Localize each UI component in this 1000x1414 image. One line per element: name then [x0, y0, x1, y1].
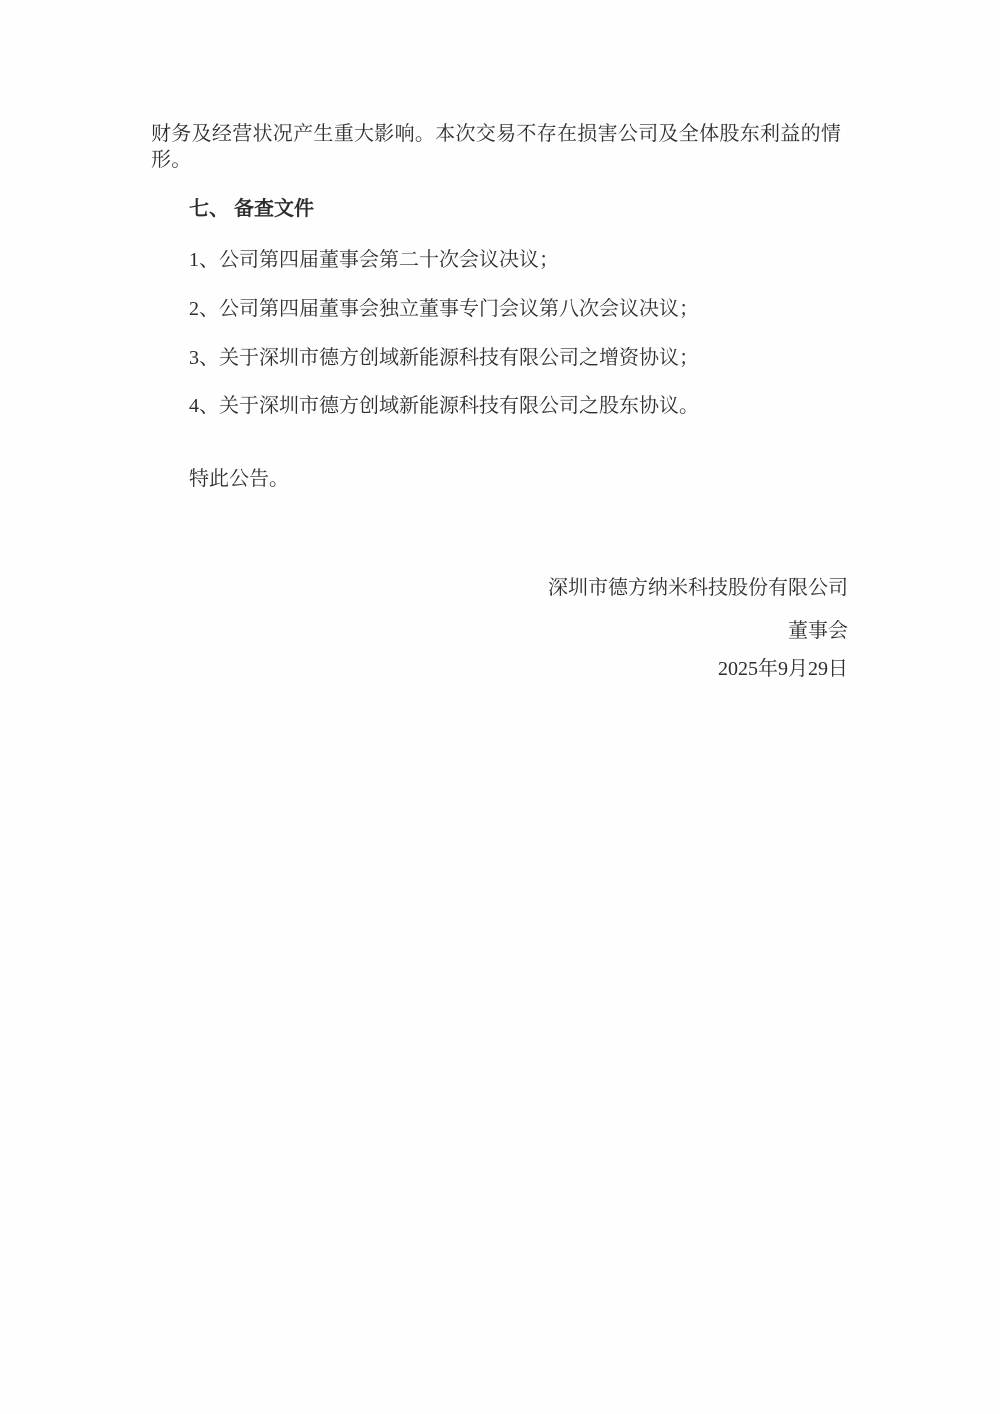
list-item-2: 2、公司第四届董事会独立董事专门会议第八次会议决议；: [151, 296, 863, 322]
list-item-1: 1、公司第四届董事会第二十次会议决议；: [151, 247, 863, 273]
closing-statement: 特此公告。: [151, 466, 863, 492]
signature-issuer: 董事会: [151, 618, 848, 644]
signature-block: 深圳市德方纳米科技股份有限公司 董事会 2025年9月29日: [151, 575, 863, 682]
signature-date: 2025年9月29日: [151, 656, 848, 682]
list-item-4: 4、关于深圳市德方创域新能源科技有限公司之股东协议。: [151, 393, 863, 419]
document-content: 财务及经营状况产生重大影响。本次交易不存在损害公司及全体股东利益的情形。 七、 …: [0, 0, 1000, 682]
list-item-3: 3、关于深圳市德方创域新能源科技有限公司之增资协议；: [151, 345, 863, 371]
body-paragraph: 财务及经营状况产生重大影响。本次交易不存在损害公司及全体股东利益的情形。: [151, 121, 863, 173]
document-page: 财务及经营状况产生重大影响。本次交易不存在损害公司及全体股东利益的情形。 七、 …: [0, 0, 1000, 1414]
signature-company: 深圳市德方纳米科技股份有限公司: [151, 575, 848, 601]
section-heading: 七、 备查文件: [151, 196, 863, 222]
